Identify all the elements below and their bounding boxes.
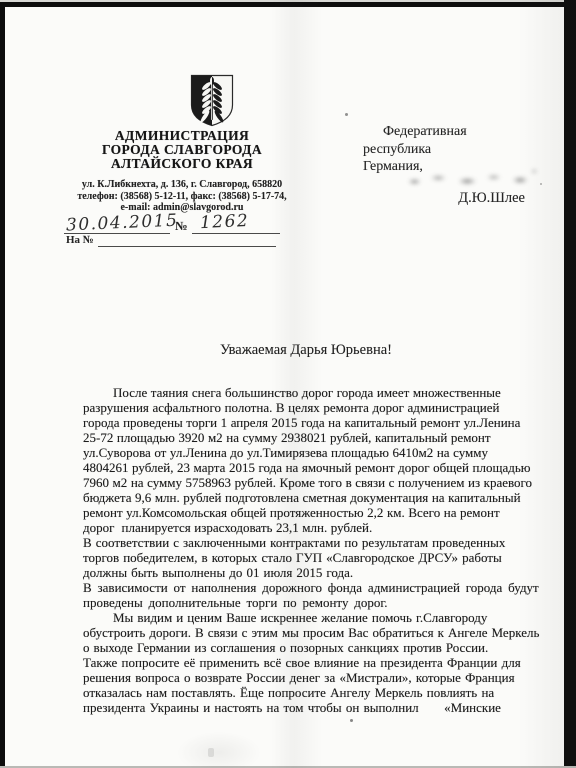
body-paragraph-mistral-minsk: Также попросите её применить всё свое вл… bbox=[83, 655, 561, 715]
org-postal-address: ул. К.Либкнехта, д. 136, г. Славгород, 6… bbox=[58, 179, 306, 191]
scanned-letter-page: АДМИНИСТРАЦИЯ ГОРОДА СЛАВГОРОДА АЛТАЙСКО… bbox=[0, 0, 576, 768]
handwritten-date: 30.04.2015 bbox=[66, 211, 179, 236]
scan-border-right bbox=[564, 0, 576, 768]
slavgorod-coat-of-arms-icon bbox=[189, 74, 235, 132]
scan-border-top bbox=[0, 2, 576, 7]
redacted-address-line bbox=[404, 168, 536, 190]
recipient-name: Д.Ю.Шлее bbox=[363, 190, 525, 207]
number-sign: № bbox=[175, 219, 188, 234]
body-paragraph-merkel-request: Мы видим и ценим Ваше искреннее желание … bbox=[83, 610, 561, 655]
body-paragraph-contracts: В соответствии с заключенными контрактам… bbox=[83, 535, 561, 580]
scan-border-left bbox=[0, 2, 5, 768]
body-paragraph-road-fund: В зависимости от наполнения дорожного фо… bbox=[83, 580, 561, 610]
letter-body: После таяния снега большинство дорог гор… bbox=[83, 385, 561, 715]
scan-speck bbox=[345, 113, 348, 116]
salutation: Уважаемая Дарья Юрьевна! bbox=[83, 342, 529, 359]
number-underline bbox=[192, 233, 280, 234]
organization-contacts: ул. К.Либкнехта, д. 136, г. Славгород, 6… bbox=[58, 179, 306, 214]
body-paragraph-road-repair: После таяния снега большинство дорог гор… bbox=[83, 385, 561, 535]
org-phone-fax: телефон: (38568) 5-12-11, факс: (38568) … bbox=[58, 191, 306, 203]
organization-name: АДМИНИСТРАЦИЯ ГОРОДА СЛАВГОРОДА АЛТАЙСКО… bbox=[58, 129, 306, 171]
org-email: e-mail: admin@slavgorod.ru bbox=[58, 202, 306, 214]
scan-speck bbox=[350, 719, 353, 722]
reply-to-number-underline bbox=[98, 246, 276, 247]
scan-speck bbox=[540, 183, 542, 185]
reply-to-number-label: На № bbox=[66, 234, 94, 246]
handwritten-outgoing-number: 1262 bbox=[200, 211, 250, 233]
scan-smudge bbox=[208, 748, 214, 757]
